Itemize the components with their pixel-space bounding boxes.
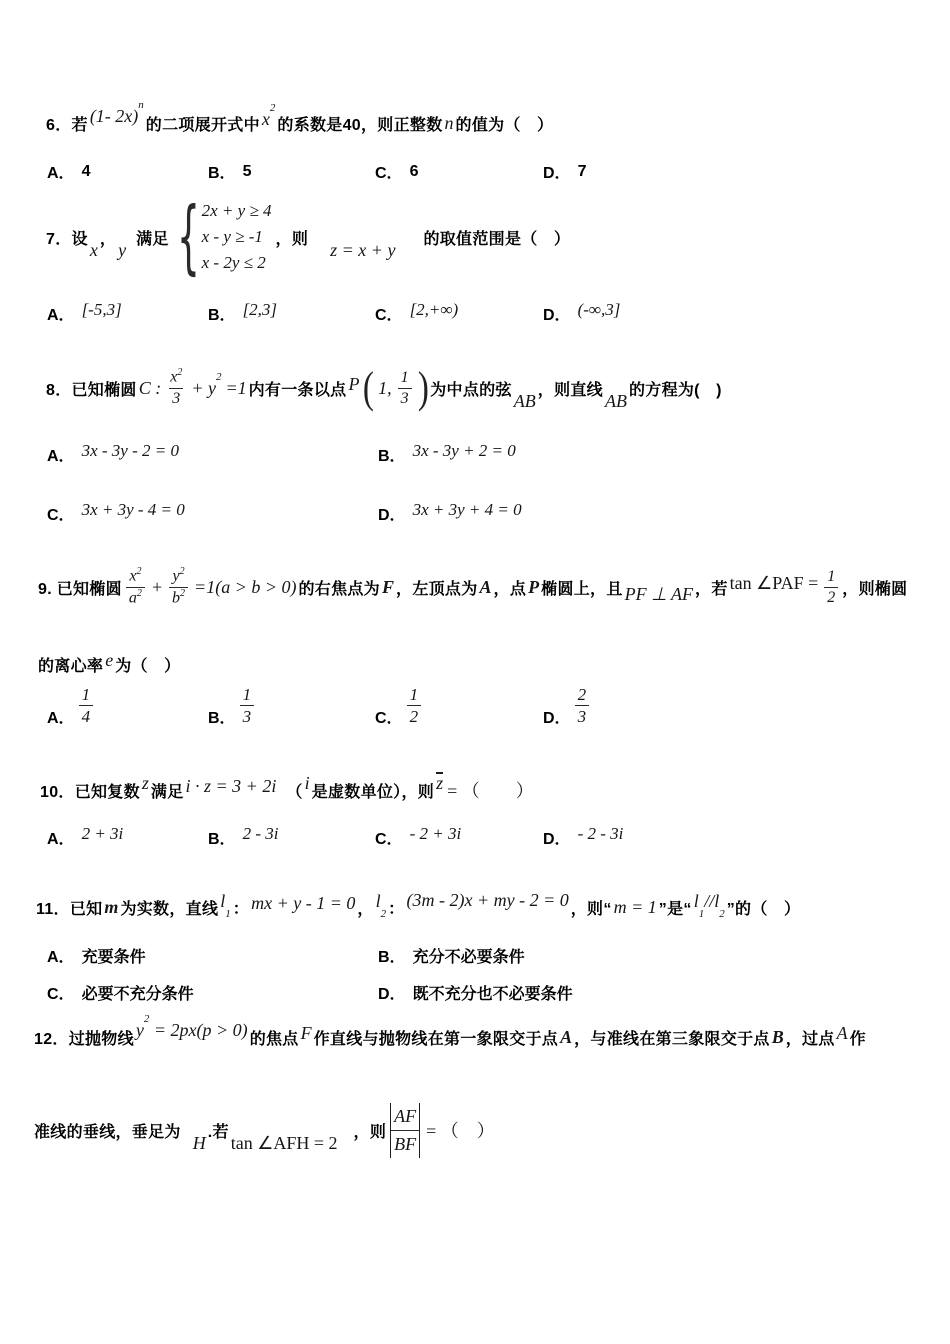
right-paren: ) [417,366,428,410]
math-m-equals-1: m = 1 [612,897,659,918]
stem-text: ： [388,896,404,919]
superscript-2: 2 [270,102,276,114]
math-z: z [140,773,151,794]
question-7-options: A．[-5,3] B．[2,3] C．[2,+∞) D．(-∞,3] [47,302,907,336]
option-value: 2 + 3i [75,824,124,844]
question-8-stem: 8．已知椭圆 C : x2 3 + y2 =1 内有一条以点 P ( 1, 1 … [46,358,722,418]
option-fraction: 23 [575,684,590,728]
option-value: 3x - 3y + 2 = 0 [406,441,516,461]
inequality-system: { 2x + y ≥ 4 x - y ≥ -1 x - 2y ≤ 2 [173,198,272,276]
subscript-2: 2 [719,908,725,920]
stem-text: 满足 [136,226,169,249]
stem-text: 满足 [151,779,184,802]
stem-text: ”的（ ） [727,896,801,919]
option-label: D． [378,502,406,525]
question-10-stem: 10．已知复数 z 满足 i · z = 3 + 2i （ i 是虚数单位），则… [40,770,536,810]
math-A: A [558,1027,574,1048]
option-b: B．充分不必要条件 [378,944,525,967]
option-b: B．[2,3] [208,302,277,325]
question-8-options-row-1: A．3x - 3y - 2 = 0 B．3x - 3y + 2 = 0 [47,443,907,477]
math-e: e [103,650,115,671]
option-label: B． [378,443,406,466]
math-point-P: P [346,374,361,395]
math-AB: AB [603,391,629,412]
option-d: D．(-∞,3] [543,302,620,325]
option-a: A．4 [47,160,90,183]
system-line-3: x - 2y ≤ 2 [202,250,272,276]
option-b: B．13 [208,684,258,728]
option-fraction: 14 [79,684,94,728]
math-l2: l2 [374,891,389,915]
option-value: [-5,3] [75,300,122,320]
math-z-conjugate: z [434,772,445,794]
option-value: - 2 + 3i [403,824,462,844]
subscript-1: 1 [225,908,231,920]
math-ellipse-name: C : [137,378,164,399]
option-label: B． [208,302,236,325]
question-number: 6．若 [46,112,88,135]
abs-BF: BF [390,1130,420,1158]
stem-text: ，过点 [786,1026,835,1049]
option-label: B． [208,826,236,849]
stem-text: ，若 [695,576,728,599]
math-tan-PAF: tan ∠PAF = [728,573,821,594]
left-paren: ( [363,366,374,410]
option-d: D．既不充分也不必要条件 [378,981,573,1004]
stem-text: 的二项展开式中 [146,112,260,135]
option-d: D．- 2 - 3i [543,826,623,849]
math-equals-1: =1 [223,378,248,399]
superscript-2: 2 [177,367,182,378]
option-value: 充要条件 [75,944,146,967]
option-d: D．23 [543,684,593,728]
math-coord-1: 1, [376,378,394,399]
exam-page: { "questions": { "q6": { "no_text": "6．若… [0,0,950,1344]
math-tan-AFH: tan ∠AFH = 2 [229,1133,340,1154]
option-label: D． [543,705,571,728]
question-number: 12．过抛物线 [34,1026,134,1049]
stem-text: 的焦点 [250,1026,299,1049]
math-i: i [303,773,312,794]
math-x-squared: x2 [260,109,278,130]
stem-text: 的右焦点为 [298,576,380,599]
option-c: C．6 [375,160,418,183]
stem-text: ，则 [276,226,309,249]
fraction-x2-over-3: x2 3 [167,367,185,408]
system-line-2: x - y ≥ -1 [202,224,272,250]
question-number: 11．已知 [36,896,102,919]
stem-text: ，点 [494,576,527,599]
abs-AF: AF [390,1103,420,1130]
option-b: B．3x - 3y + 2 = 0 [378,443,516,466]
option-label: C． [375,705,403,728]
superscript-2: 2 [216,371,222,383]
left-brace: { [177,199,200,275]
option-value: 既不充分也不必要条件 [406,981,573,1004]
option-b: B．2 - 3i [208,826,278,849]
math-B: B [770,1027,786,1048]
option-c: C．[2,+∞) [375,302,458,325]
question-number: 10．已知复数 [40,779,140,802]
question-12-stem-line-2: 准线的垂线，垂足为 H .若 tan ∠AFH = 2 ，则 AF BF = （… [34,1092,497,1168]
question-11-stem: 11．已知 m 为实数，直线 l1 ： mx + y - 1 = 0 ， l2 … [36,886,800,928]
option-label: A． [47,705,75,728]
question-9-stem-line-1: 9. 已知椭圆 x2 a2 + y2 b2 =1(a > b > 0) 的右焦点… [38,556,907,618]
question-6-options: A．4 B．5 C．6 D．7 [47,160,907,194]
math-H: H [191,1133,208,1154]
option-label: D． [543,160,571,183]
question-number: 7．设 [46,226,88,249]
stem-text: ，则椭圆 [842,576,907,599]
stem-text: ，则 [354,1119,387,1142]
option-label: C． [375,826,403,849]
option-label: C． [47,981,75,1004]
option-value: 充分不必要条件 [406,944,525,967]
question-7-stem: 7．设 x ， y 满足 { 2x + y ≥ 4 x - y ≥ -1 x -… [46,194,570,280]
option-c: C．- 2 + 3i [375,826,461,849]
math-plus-y2: + y2 [189,378,223,399]
option-label: D． [378,981,406,1004]
option-a: A．充要条件 [47,944,146,967]
option-a: A．14 [47,684,97,728]
math-A: A [835,1023,850,1044]
question-number: 9. 已知椭圆 [38,576,122,599]
math-PF-perp-AF: PF ⊥ AF [623,584,695,605]
math-AB: AB [512,391,538,412]
option-label: A． [47,302,75,325]
question-12-stem-line-1: 12．过抛物线 y2 = 2px(p > 0) 的焦点 F 作直线与抛物线在第一… [34,1016,866,1058]
stem-text: ，则“ [571,896,612,919]
math-l1: l1 [218,891,233,915]
option-d: D．7 [543,160,586,183]
stem-text: 作直线与抛物线在第一象限交于点 [314,1026,559,1049]
option-label: B． [208,705,236,728]
subscript-1: 1 [699,908,705,920]
fraction-y2-over-b2: y2 b2 [169,566,188,608]
stem-text: .若 [208,1119,229,1142]
superscript-2: 2 [136,566,141,577]
option-label: A． [47,443,75,466]
option-a: A．2 + 3i [47,826,123,849]
question-9-options: A．14 B．13 C．12 D．23 [47,684,907,736]
stem-text: 作 [850,1026,866,1049]
math-m: m [102,897,120,918]
option-value: - 2 - 3i [571,824,624,844]
option-label: C． [47,502,75,525]
stem-text: 为（ ） [115,653,180,676]
math-binomial-base: (1- 2x)n [88,106,146,127]
stem-text: ： [233,896,249,919]
math-iz-equation: i · z = 3 + 2i [184,776,279,797]
math-line-2-equation: (3m - 2)x + my - 2 = 0 [404,890,570,911]
math-y: y [116,240,128,261]
stem-text: 椭圆上，且 [541,576,623,599]
math-equals-condition: =1(a > b > 0) [192,577,298,598]
option-value: [2,+∞) [403,300,459,320]
superscript-n: n [138,99,144,111]
stem-text: ， [100,226,116,249]
option-label: A． [47,944,75,967]
option-value: 5 [236,163,252,181]
option-a: A．[-5,3] [47,302,122,325]
question-6-stem: 6．若 (1- 2x)n 的二项展开式中 x2 的系数是40，则正整数 n 的值… [46,103,553,143]
option-value: 3x + 3y + 4 = 0 [406,500,522,520]
option-label: C． [375,160,403,183]
stem-text: 的离心率 [38,653,103,676]
option-c: C．12 [375,684,425,728]
option-value: 4 [75,163,91,181]
option-value: 必要不充分条件 [75,981,194,1004]
question-8-options-row-2: C．3x + 3y - 4 = 0 D．3x + 3y + 4 = 0 [47,502,907,536]
option-value: (-∞,3] [571,300,621,320]
superscript-2: 2 [180,588,185,599]
option-c: C．3x + 3y - 4 = 0 [47,502,185,525]
stem-text: ， [357,896,373,919]
stem-text: 的方程为( ) [629,377,722,400]
option-label: C． [375,302,403,325]
stem-text: 为实数，直线 [120,896,218,919]
stem-text: 为中点的弦 [430,377,512,400]
option-fraction: 12 [407,684,422,728]
math-P: P [526,577,541,598]
option-label: A． [47,826,75,849]
fraction-1-over-2: 1 2 [824,567,838,608]
fraction-AF-over-BF: AF BF [390,1103,420,1158]
option-value: 3x + 3y - 4 = 0 [75,500,185,520]
stem-text: ”是“ [659,896,692,919]
stem-text: 准线的垂线，垂足为 [34,1119,181,1142]
stem-text: 内有一条以点 [249,377,347,400]
stem-text: 的系数是40，则正整数 [277,112,442,135]
option-label: B． [208,160,236,183]
option-label: B． [378,944,406,967]
stem-text: 是虚数单位），则 [312,779,434,802]
math-x: x [88,240,100,261]
math-plus: + [149,577,165,598]
option-value: [2,3] [236,300,277,320]
stem-text: （ [286,779,302,802]
math-n: n [443,113,456,134]
stem-text: 的取值范围是（ ） [423,226,570,249]
subscript-2: 2 [381,908,387,920]
math-parabola-equation: y2 = 2px(p > 0) [134,1020,250,1041]
option-value: 6 [403,163,419,181]
stem-text: = （ ） [424,1117,497,1143]
option-value: 3x - 3y - 2 = 0 [75,441,179,461]
question-11-options-row-1: A．充要条件 B．充分不必要条件 [47,944,907,978]
stem-text: 的值为（ ） [456,112,554,135]
math-l1-parallel-l2: l1//l2 [692,891,727,915]
fraction-x2-over-a2: x2 a2 [126,566,145,608]
option-d: D．3x + 3y + 4 = 0 [378,502,522,525]
question-9-stem-line-2: 的离心率 e 为（ ） [38,650,180,678]
stem-text: ，左顶点为 [396,576,478,599]
fraction-1-over-3: 1 3 [398,368,412,409]
stem-text: = （ ） [445,777,536,803]
math-line-1-equation: mx + y - 1 = 0 [249,893,357,914]
option-fraction: 13 [240,684,255,728]
math-F: F [299,1023,314,1044]
option-label: D． [543,826,571,849]
option-value: 7 [571,163,587,181]
superscript-2: 2 [144,1013,150,1025]
question-10-options: A．2 + 3i B．2 - 3i C．- 2 + 3i D．- 2 - 3i [47,826,907,860]
option-c: C．必要不充分条件 [47,981,194,1004]
stem-text: ，与准线在第三象限交于点 [574,1026,770,1049]
option-value: 2 - 3i [236,824,279,844]
math-z-equation: z = x + y [328,240,397,261]
stem-text: ，则直线 [538,377,603,400]
math-F: F [380,577,396,598]
option-a: A．3x - 3y - 2 = 0 [47,443,179,466]
system-line-1: 2x + y ≥ 4 [202,198,272,224]
option-b: B．5 [208,160,251,183]
superscript-2: 2 [137,588,142,599]
math-A: A [478,577,494,598]
option-label: A． [47,160,75,183]
option-label: D． [543,302,571,325]
superscript-2: 2 [180,566,185,577]
question-number: 8．已知椭圆 [46,377,137,400]
question-11-options-row-2: C．必要不充分条件 D．既不充分也不必要条件 [47,981,907,1015]
